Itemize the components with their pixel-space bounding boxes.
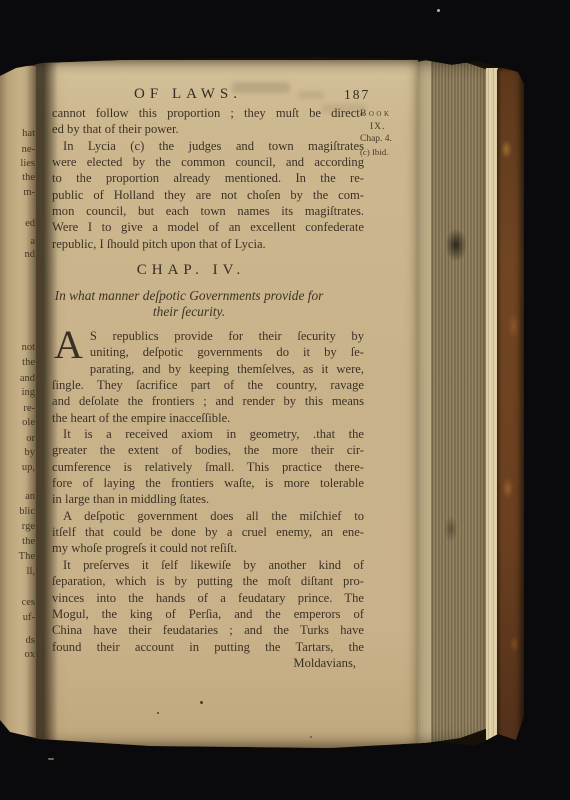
paper-speck xyxy=(157,712,159,714)
text-block-chapter: A S republics provide for their ſecurity… xyxy=(52,328,364,671)
paragraph-axiom: It is a received axiom in geometry, .tha… xyxy=(52,426,364,508)
paragraph-lycia: In Lycia (c) the judges and town magiſtr… xyxy=(52,138,364,252)
paragraph-continuation: cannot follow this proportion ; they muſ… xyxy=(52,105,364,138)
chapter-heading: CHAP. IV. xyxy=(40,262,342,278)
ink-showthrough-mark xyxy=(298,91,324,99)
drop-cap: A xyxy=(52,328,90,361)
paragraph-separation-with-catchword: It preſerves it ſelf likewiſe by another… xyxy=(52,557,364,671)
paragraph-security: A S republics provide for their ſecurity… xyxy=(52,328,364,426)
photo-background: hatne-liesthem-edandnottheandingre-oleor… xyxy=(0,0,570,800)
fore-edge-page-stack xyxy=(418,56,488,750)
paragraph-mischief: A deſpotic government does all the miſch… xyxy=(52,508,364,557)
dust-speck xyxy=(48,758,54,760)
text-block-top: cannot follow this proportion ; they muſ… xyxy=(52,105,364,252)
ink-smudge xyxy=(444,516,458,542)
paper-speck xyxy=(200,701,203,704)
dust-speck xyxy=(437,9,440,12)
running-header: OF LAWS. xyxy=(108,86,268,102)
book-page: OF LAWS. 187 BookIX.Chap. 4.(c) Ibid. ca… xyxy=(36,60,418,748)
ink-smudge xyxy=(445,228,467,262)
book-photo: hatne-liesthem-edandnottheandingre-oleor… xyxy=(0,56,524,750)
chapter-subtitle: In what manner deſpotic Governments prov… xyxy=(32,288,346,320)
paper-speck xyxy=(310,736,312,738)
margin-notes: BookIX.Chap. 4.(c) Ibid. xyxy=(360,108,418,158)
page-number: 187 xyxy=(344,87,394,103)
leather-cover xyxy=(497,68,524,746)
